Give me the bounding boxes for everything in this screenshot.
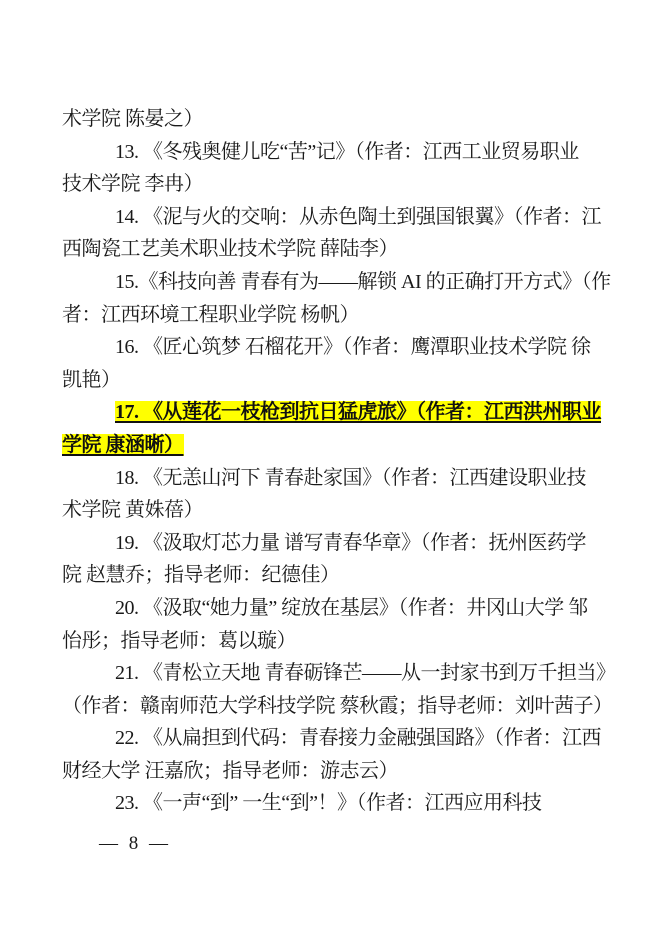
text-line-content: 20. 《汲取“她力量” 绽放在基层》（作者：井冈山大学 邹	[115, 597, 588, 619]
text-line: 23. 《一声“到” 一生“到”！》（作者：江西应用科技	[62, 787, 602, 820]
text-line-content: 21. 《青松立天地 青春砺锋芒——从一封家书到万千担当》	[115, 662, 616, 684]
text-line: 22. 《从扁担到代码：青春接力金融强国路》（作者：江西	[62, 722, 602, 755]
text-line: 19. 《汲取灯芯力量 谱写青春华章》（作者：抚州医药学	[62, 527, 602, 560]
text-line: 西陶瓷工艺美术职业技术学院 薛陆李）	[62, 233, 602, 266]
document-body: 术学院 陈晏之） 13. 《冬残奥健儿吃“苦”记》（作者：江西工业贸易职业 技术…	[62, 103, 602, 820]
text-line-content: 院 赵慧乔；指导老师：纪德佳）	[62, 564, 340, 586]
text-line: （作者：赣南师范大学科技学院 蔡秋霞；指导老师：刘叶茜子）	[62, 690, 602, 723]
text-line-content: （作者：赣南师范大学科技学院 蔡秋霞；指导老师：刘叶茜子）	[62, 695, 613, 717]
text-line-content: 者：江西环境工程职业学院 杨帆）	[62, 304, 359, 326]
text-line: 财经大学 汪嘉欣；指导老师：游志云）	[62, 755, 602, 788]
page-number: — 8 —	[99, 833, 171, 855]
text-line: 怡彤；指导老师：葛以璇）	[62, 625, 602, 658]
text-line: 凯艳）	[62, 364, 602, 397]
text-line-content: 学院 康涵晰）	[62, 434, 184, 456]
text-line-content: 13. 《冬残奥健儿吃“苦”记》（作者：江西工业贸易职业	[115, 141, 579, 163]
text-line: 技术学院 李冉）	[62, 168, 602, 201]
text-line-content: 18. 《无恙山河下 青春赴家国》（作者：江西建设职业技	[115, 467, 586, 489]
text-line-content: 术学院 黄姝蓓）	[62, 499, 203, 521]
text-line-content: 术学院 陈晏之）	[62, 108, 203, 130]
text-line-content: 19. 《汲取灯芯力量 谱写青春华章》（作者：抚州医药学	[115, 532, 586, 554]
text-line-content: 17. 《从莲花一枝枪到抗日猛虎旅》（作者：江西洪州职业	[115, 401, 601, 423]
text-line: 13. 《冬残奥健儿吃“苦”记》（作者：江西工业贸易职业	[62, 136, 602, 169]
text-line: 18. 《无恙山河下 青春赴家国》（作者：江西建设职业技	[62, 462, 602, 495]
text-line: 21. 《青松立天地 青春砺锋芒——从一封家书到万千担当》	[62, 657, 602, 690]
document-page: 术学院 陈晏之） 13. 《冬残奥健儿吃“苦”记》（作者：江西工业贸易职业 技术…	[0, 0, 657, 929]
text-line-content: 怡彤；指导老师：葛以璇）	[62, 630, 296, 652]
text-line-content: 技术学院 李冉）	[62, 173, 203, 195]
highlighted-text-line: 学院 康涵晰）	[62, 429, 602, 462]
text-line-content: 22. 《从扁担到代码：青春接力金融强国路》（作者：江西	[115, 727, 601, 749]
text-line: 术学院 陈晏之）	[62, 103, 602, 136]
text-line: 术学院 黄姝蓓）	[62, 494, 602, 527]
text-line: 15.《科技向善 青春有为——解锁 AI 的正确打开方式》（作	[62, 266, 602, 299]
text-line: 院 赵慧乔；指导老师：纪德佳）	[62, 559, 602, 592]
text-line-content: 14. 《泥与火的交响：从赤色陶土到强国银翼》（作者：江	[115, 206, 601, 228]
text-line-content: 23. 《一声“到” 一生“到”！》（作者：江西应用科技	[115, 792, 542, 814]
text-line: 16. 《匠心筑梦 石榴花开》（作者：鹰潭职业技术学院 徐	[62, 331, 602, 364]
text-line: 14. 《泥与火的交响：从赤色陶土到强国银翼》（作者：江	[62, 201, 602, 234]
text-line: 20. 《汲取“她力量” 绽放在基层》（作者：井冈山大学 邹	[62, 592, 602, 625]
text-line-content: 凯艳）	[62, 369, 121, 391]
text-line-content: 财经大学 汪嘉欣；指导老师：游志云）	[62, 760, 398, 782]
text-line-content: 15.《科技向善 青春有为——解锁 AI 的正确打开方式》（作	[115, 271, 611, 293]
text-line: 者：江西环境工程职业学院 杨帆）	[62, 299, 602, 332]
text-line-content: 16. 《匠心筑梦 石榴花开》（作者：鹰潭职业技术学院 徐	[115, 336, 591, 358]
highlighted-text-line: 17. 《从莲花一枝枪到抗日猛虎旅》（作者：江西洪州职业	[62, 396, 602, 429]
text-line-content: 西陶瓷工艺美术职业技术学院 薛陆李）	[62, 238, 398, 260]
